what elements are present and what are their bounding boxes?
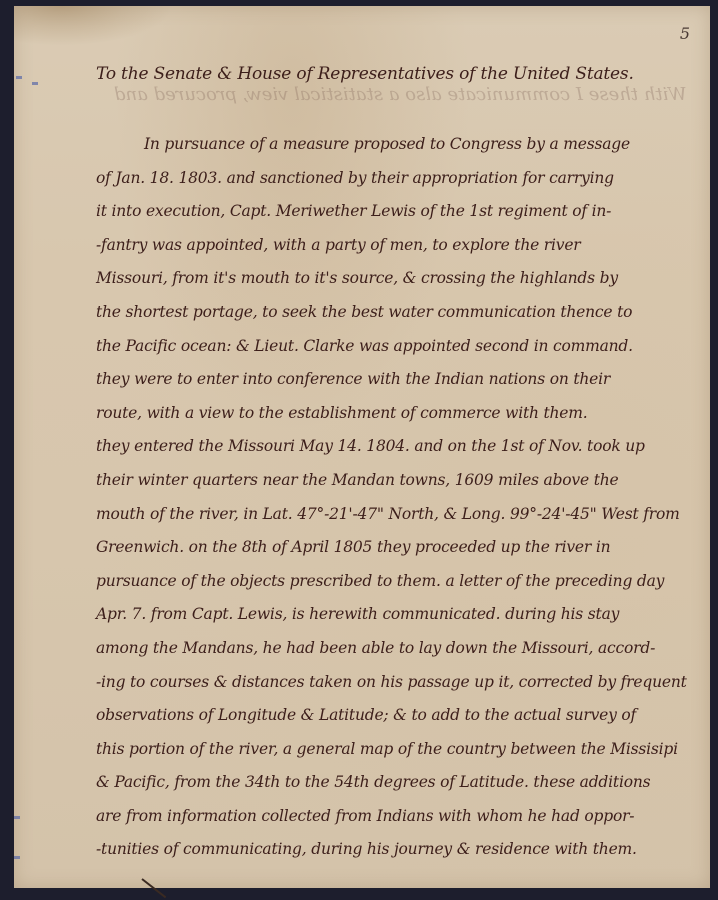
text-line: & Pacific, from the 34th to the 54th deg… xyxy=(96,766,696,800)
text-line: the shortest portage, to seek the best w… xyxy=(96,296,696,330)
text-line: the Pacific ocean: & Lieut. Clarke was a… xyxy=(96,330,696,364)
text-line: In pursuance of a measure proposed to Co… xyxy=(96,128,696,162)
ink-mark xyxy=(14,816,20,819)
text-line: Missouri, from it's mouth to it's source… xyxy=(96,262,696,296)
salutation: To the Senate & House of Representatives… xyxy=(96,50,696,98)
paper-tear xyxy=(141,878,166,898)
text-line: -tunities of communicating, during his j… xyxy=(96,833,696,867)
ink-mark xyxy=(32,82,38,85)
page-number: 5 xyxy=(680,24,690,43)
text-line: Greenwich. on the 8th of April 1805 they… xyxy=(96,531,696,565)
text-line: observations of Longitude & Latitude; & … xyxy=(96,699,696,733)
text-line: route, with a view to the establishment … xyxy=(96,397,696,431)
text-line: of Jan. 18. 1803. and sanctioned by thei… xyxy=(96,162,696,196)
ink-mark xyxy=(16,76,22,79)
letter-body: To the Senate & House of Representatives… xyxy=(96,50,696,867)
ink-mark xyxy=(14,856,20,859)
text-line: they entered the Missouri May 14. 1804. … xyxy=(96,430,696,464)
paragraph-spacer xyxy=(96,98,696,128)
text-line: it into execution, Capt. Meriwether Lewi… xyxy=(96,195,696,229)
text-line: their winter quarters near the Mandan to… xyxy=(96,464,696,498)
text-line: among the Mandans, he had been able to l… xyxy=(96,632,696,666)
text-line: mouth of the river, in Lat. 47°-21'-47" … xyxy=(96,498,696,532)
text-line: pursuance of the objects prescribed to t… xyxy=(96,565,696,599)
text-line: Apr. 7. from Capt. Lewis, is herewith co… xyxy=(96,598,696,632)
scan-background: 5 With these I communicate also a statis… xyxy=(0,0,718,900)
text-line: are from information collected from Indi… xyxy=(96,800,696,834)
text-line: they were to enter into conference with … xyxy=(96,363,696,397)
text-line: -ing to courses & distances taken on his… xyxy=(96,666,696,700)
text-line: this portion of the river, a general map… xyxy=(96,733,696,767)
text-line: -fantry was appointed, with a party of m… xyxy=(96,229,696,263)
